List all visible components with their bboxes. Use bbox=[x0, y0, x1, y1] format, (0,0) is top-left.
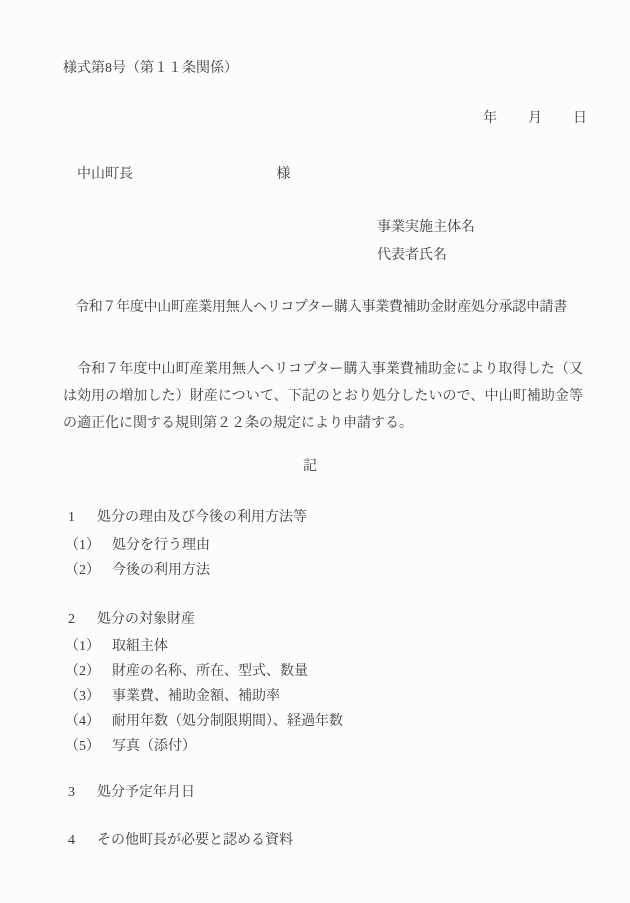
sub-item-text: 財産の名称、所在、型式、数量 bbox=[112, 664, 308, 679]
document-page: 様式第8号（第１１条関係） 年 月 日 中山町長 様 事業実施主体名 代表者氏名… bbox=[0, 0, 630, 903]
section-1-item: （2）今後の利用方法 bbox=[65, 563, 210, 578]
sub-item-number: （5） bbox=[65, 739, 112, 754]
section-2-item: （1）取組主体 bbox=[65, 639, 168, 654]
addressee: 中山町長 bbox=[77, 167, 133, 182]
section-2-item: （5）写真（添付） bbox=[65, 739, 196, 754]
section-4-heading: 4その他町長が必要と認める資料 bbox=[68, 833, 293, 848]
sub-item-text: 耐用年数（処分制限期間）、経過年数 bbox=[112, 714, 343, 729]
representative-label: 代表者氏名 bbox=[377, 248, 447, 263]
sub-item-number: （1） bbox=[65, 538, 112, 553]
section-2-heading: 2処分の対象財産 bbox=[68, 612, 195, 627]
section-3-title: 処分予定年月日 bbox=[97, 785, 195, 800]
record-marker: 記 bbox=[0, 459, 620, 474]
date-month-label: 月 bbox=[528, 111, 542, 126]
section-3-number: 3 bbox=[68, 785, 97, 800]
document-title: 令和７年度中山町産業用無人ヘリコプター購入事業費補助金財産処分承認申請書 bbox=[75, 300, 567, 315]
sub-item-text: 今後の利用方法 bbox=[112, 563, 210, 578]
sub-item-number: （1） bbox=[65, 639, 112, 654]
sub-item-text: 写真（添付） bbox=[112, 739, 196, 754]
section-1-heading: 1処分の理由及び今後の利用方法等 bbox=[68, 510, 307, 525]
honorific-label: 様 bbox=[277, 167, 291, 182]
section-2-item: （4）耐用年数（処分制限期間）、経過年数 bbox=[65, 714, 343, 729]
section-2-item: （3）事業費、補助金額、補助率 bbox=[65, 689, 280, 704]
section-3-heading: 3処分予定年月日 bbox=[68, 785, 195, 800]
sub-item-number: （2） bbox=[65, 664, 112, 679]
sub-item-text: 取組主体 bbox=[112, 639, 168, 654]
addressee-line: 中山町長 様 bbox=[77, 167, 291, 182]
section-2-number: 2 bbox=[68, 612, 97, 627]
section-4-number: 4 bbox=[68, 833, 97, 848]
section-1-number: 1 bbox=[68, 510, 97, 525]
section-2-title: 処分の対象財産 bbox=[97, 612, 195, 627]
sub-item-text: 処分を行う理由 bbox=[112, 538, 210, 553]
applicant-org-label: 事業実施主体名 bbox=[377, 220, 475, 235]
section-1-item: （1）処分を行う理由 bbox=[65, 538, 210, 553]
body-paragraph: 令和７年度中山町産業用無人ヘリコプター購入事業費補助金により取得した（又は効用の… bbox=[63, 356, 583, 437]
sub-item-text: 事業費、補助金額、補助率 bbox=[112, 689, 280, 704]
sub-item-number: （4） bbox=[65, 714, 112, 729]
date-year-label: 年 bbox=[483, 111, 497, 126]
section-2-item: （2）財産の名称、所在、型式、数量 bbox=[65, 664, 308, 679]
date-line: 年 月 日 bbox=[483, 111, 587, 126]
date-day-label: 日 bbox=[573, 111, 587, 126]
section-4-title: その他町長が必要と認める資料 bbox=[97, 833, 293, 848]
section-1-title: 処分の理由及び今後の利用方法等 bbox=[97, 510, 307, 525]
sub-item-number: （2） bbox=[65, 563, 112, 578]
form-number: 様式第8号（第１１条関係） bbox=[63, 61, 238, 76]
sub-item-number: （3） bbox=[65, 689, 112, 704]
